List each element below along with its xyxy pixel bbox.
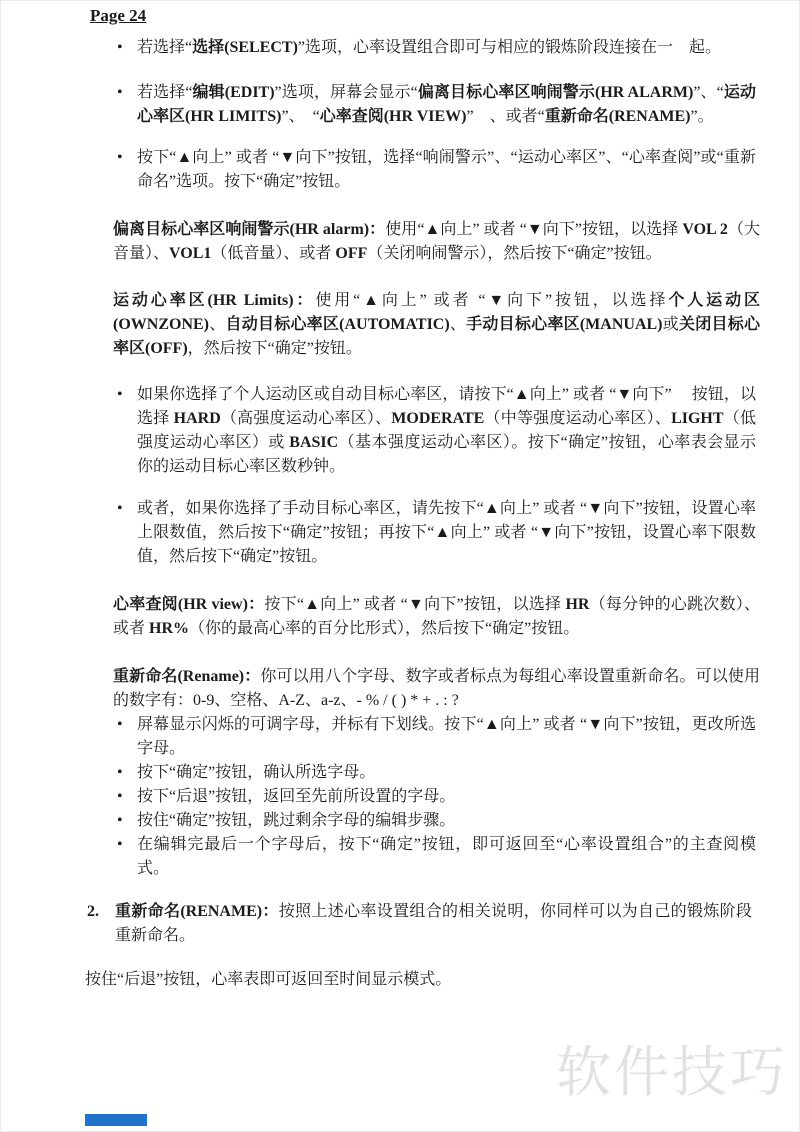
bullet-text: 按下“▲向上” 或者 “▼向下”按钮，选择“响闹警示”、“运动心率区”、“心率查… (137, 149, 756, 190)
bullet-item: • 若选择“编辑(EDIT)”选项，屏幕会显示“偏离目标心率区响闹警示(HR A… (137, 81, 756, 129)
paragraph-hr-alarm: 偏离目标心率区响闹警示(HR alarm)：使用“▲向上” 或者 “▼向下”按钮… (113, 218, 760, 266)
bullet-item: • 屏幕显示闪烁的可调字母，并标有下划线。按下“▲向上” 或者 “▼向下”按钮，… (137, 713, 756, 761)
bullet-item: • 或者，如果你选择了手动目标心率区，请先按下“▲向上” 或者 “▼向下”按钮，… (137, 497, 756, 569)
paragraph-text: 心率查阅(HR view)：按下“▲向上” 或者 “▼向下”按钮，以选择 HR（… (113, 596, 760, 637)
document-page: Page 24 • 若选择“选择(SELECT)”选项，心率设置组合即可与相应的… (0, 0, 800, 1132)
paragraph-text: 重新命名(Rename)：你可以用八个字母、数字或者标点为每组心率设置重新命名。… (113, 668, 760, 709)
paragraph-text: 偏离目标心率区响闹警示(HR alarm)：使用“▲向上” 或者 “▼向下”按钮… (113, 221, 760, 262)
bullet-item: • 如果你选择了个人运动区或自动目标心率区，请按下“▲向上” 或者 “▼向下” … (137, 383, 756, 479)
bullet-text: 屏幕显示闪烁的可调字母，并标有下划线。按下“▲向上” 或者 “▼向下”按钮，更改… (137, 716, 756, 757)
bullet-icon: • (117, 146, 123, 170)
bullet-item: • 按住“确定”按钮，跳过剩余字母的编辑步骤。 (137, 809, 756, 833)
bullet-item: • 在编辑完最后一个字母后，按下“确定”按钮，即可返回至“心率设置组合”的主查阅… (137, 833, 756, 881)
closing-note: 按住“后退”按钮，心率表即可返回至时间显示模式。 (85, 968, 760, 992)
bullet-text: 按下“确定”按钮，确认所选字母。 (137, 764, 375, 781)
bullet-text: 若选择“编辑(EDIT)”选项，屏幕会显示“偏离目标心率区响闹警示(HR ALA… (137, 84, 756, 125)
bullet-icon: • (117, 713, 123, 737)
bullet-icon: • (117, 809, 123, 833)
paragraph-hr-view: 心率查阅(HR view)：按下“▲向上” 或者 “▼向下”按钮，以选择 HR（… (113, 593, 760, 641)
bullet-icon: • (117, 81, 123, 105)
bullet-item: • 按下“确定”按钮，确认所选字母。 (137, 761, 756, 785)
bullet-icon: • (117, 497, 123, 521)
bullet-item: • 按下“▲向上” 或者 “▼向下”按钮，选择“响闹警示”、“运动心率区”、“心… (137, 146, 756, 194)
bullet-text: 按下“后退”按钮，返回至先前所设置的字母。 (137, 788, 455, 805)
numbered-item-rename: 2. 重新命名(RENAME)：按照上述心率设置组合的相关说明，你同样可以为自己… (115, 900, 752, 948)
paragraph-hr-limits: 运动心率区(HR Limits)：使用“▲向上” 或者 “▼向下”按钮，以选择个… (113, 289, 760, 361)
bullet-text: 在编辑完最后一个字母后，按下“确定”按钮，即可返回至“心率设置组合”的主查阅模式… (137, 836, 756, 877)
bullet-icon: • (117, 785, 123, 809)
bullet-item: • 按下“后退”按钮，返回至先前所设置的字母。 (137, 785, 756, 809)
bullet-icon: • (117, 833, 123, 857)
closing-note-text: 按住“后退”按钮，心率表即可返回至时间显示模式。 (85, 971, 451, 988)
bullet-item: • 若选择“选择(SELECT)”选项，心率设置组合即可与相应的锻炼阶段连接在一… (137, 36, 756, 60)
watermark: 软件技巧 (556, 1042, 788, 1102)
paragraph-text: 运动心率区(HR Limits)：使用“▲向上” 或者 “▼向下”按钮，以选择个… (113, 292, 760, 357)
bullet-text: 或者，如果你选择了手动目标心率区，请先按下“▲向上” 或者 “▼向下”按钮，设置… (137, 500, 756, 565)
bullet-text: 按住“确定”按钮，跳过剩余字母的编辑步骤。 (137, 812, 455, 829)
item-number: 2. (87, 900, 99, 924)
bullet-icon: • (117, 36, 123, 60)
blue-mark (85, 1114, 147, 1126)
bullet-text: 若选择“选择(SELECT)”选项，心率设置组合即可与相应的锻炼阶段连接在一 起… (137, 39, 721, 56)
page-title: Page 24 (90, 6, 146, 26)
bullet-icon: • (117, 383, 123, 407)
paragraph-rename: 重新命名(Rename)：你可以用八个字母、数字或者标点为每组心率设置重新命名。… (113, 665, 760, 713)
numbered-text: 重新命名(RENAME)：按照上述心率设置组合的相关说明，你同样可以为自己的锻炼… (115, 903, 752, 944)
bullet-text: 如果你选择了个人运动区或自动目标心率区，请按下“▲向上” 或者 “▼向下” 按钮… (137, 386, 756, 475)
bullet-icon: • (117, 761, 123, 785)
